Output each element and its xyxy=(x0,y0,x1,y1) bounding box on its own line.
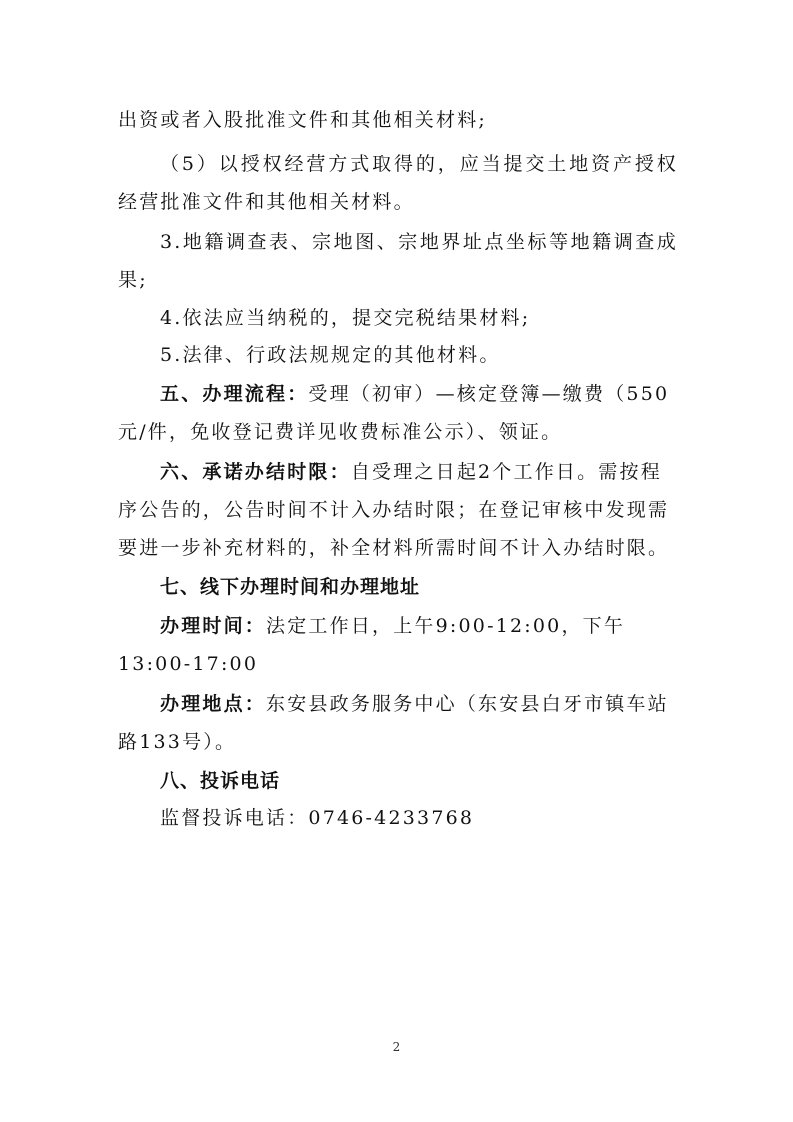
office-hours-line2: 13:00-17:00 xyxy=(118,652,678,676)
office-hours-line1: 办理时间：法定工作日，上午9:00-12:00，下午 xyxy=(160,614,678,638)
office-address-text: 东安县政务服务中心（东安县白牙市镇车站 xyxy=(266,693,669,715)
text-line: 果; xyxy=(118,268,678,292)
list-item: 4.依法应当纳税的，提交完税结果材料; xyxy=(160,306,678,330)
text-line: （5）以授权经营方式取得的，应当提交土地资产授权 xyxy=(160,152,678,176)
list-item: 3.地籍调查表、宗地图、宗地界址点坐标等地籍调查成 xyxy=(160,230,678,254)
document-page: 出资或者入股批准文件和其他相关材料; （5）以授权经营方式取得的，应当提交土地资… xyxy=(0,0,793,1122)
office-address-label: 办理地点： xyxy=(160,693,266,715)
office-address-line2: 路133号）。 xyxy=(118,730,678,754)
list-item: 5.法律、行政法规规定的其他材料。 xyxy=(160,343,678,367)
text-line: 经营批准文件和其他相关材料。 xyxy=(118,190,678,214)
text-line: 出资或者入股批准文件和其他相关材料; xyxy=(118,108,678,132)
section-6-line2: 序公告的，公告时间不计入办结时限；在登记审核中发现需 xyxy=(118,498,678,522)
office-address-line1: 办理地点：东安县政务服务中心（东安县白牙市镇车站 xyxy=(160,692,678,716)
section-5-line2: 元/件，免收登记费详见收费标准公示）、领证。 xyxy=(118,420,678,444)
page-number: 2 xyxy=(0,1040,793,1054)
section-6-line1: 六、承诺办结时限：自受理之日起2个工作日。需按程 xyxy=(160,460,678,484)
section-8-heading: 八、投诉电话 xyxy=(160,769,678,793)
section-6-text: 自受理之日起2个工作日。需按程 xyxy=(351,461,662,483)
section-5-label: 五、办理流程： xyxy=(160,383,308,405)
complaint-phone-number: 0746-4233768 xyxy=(308,807,474,829)
section-5-text: 受理（初审）—核定登簿—缴费（550 xyxy=(308,383,669,405)
complaint-phone-label: 监督投诉电话： xyxy=(160,807,308,829)
section-6-line3: 要进一步补充材料的，补全材料所需时间不计入办结时限。 xyxy=(118,536,678,560)
section-7-heading: 七、线下办理时间和办理地址 xyxy=(160,575,678,599)
section-6-label: 六、承诺办结时限： xyxy=(160,461,351,483)
section-5-line1: 五、办理流程：受理（初审）—核定登簿—缴费（550 xyxy=(160,382,678,406)
complaint-phone-line: 监督投诉电话：0746-4233768 xyxy=(160,806,678,830)
office-hours-label: 办理时间： xyxy=(160,615,266,637)
office-hours-text: 法定工作日，上午9:00-12:00，下午 xyxy=(266,615,625,637)
